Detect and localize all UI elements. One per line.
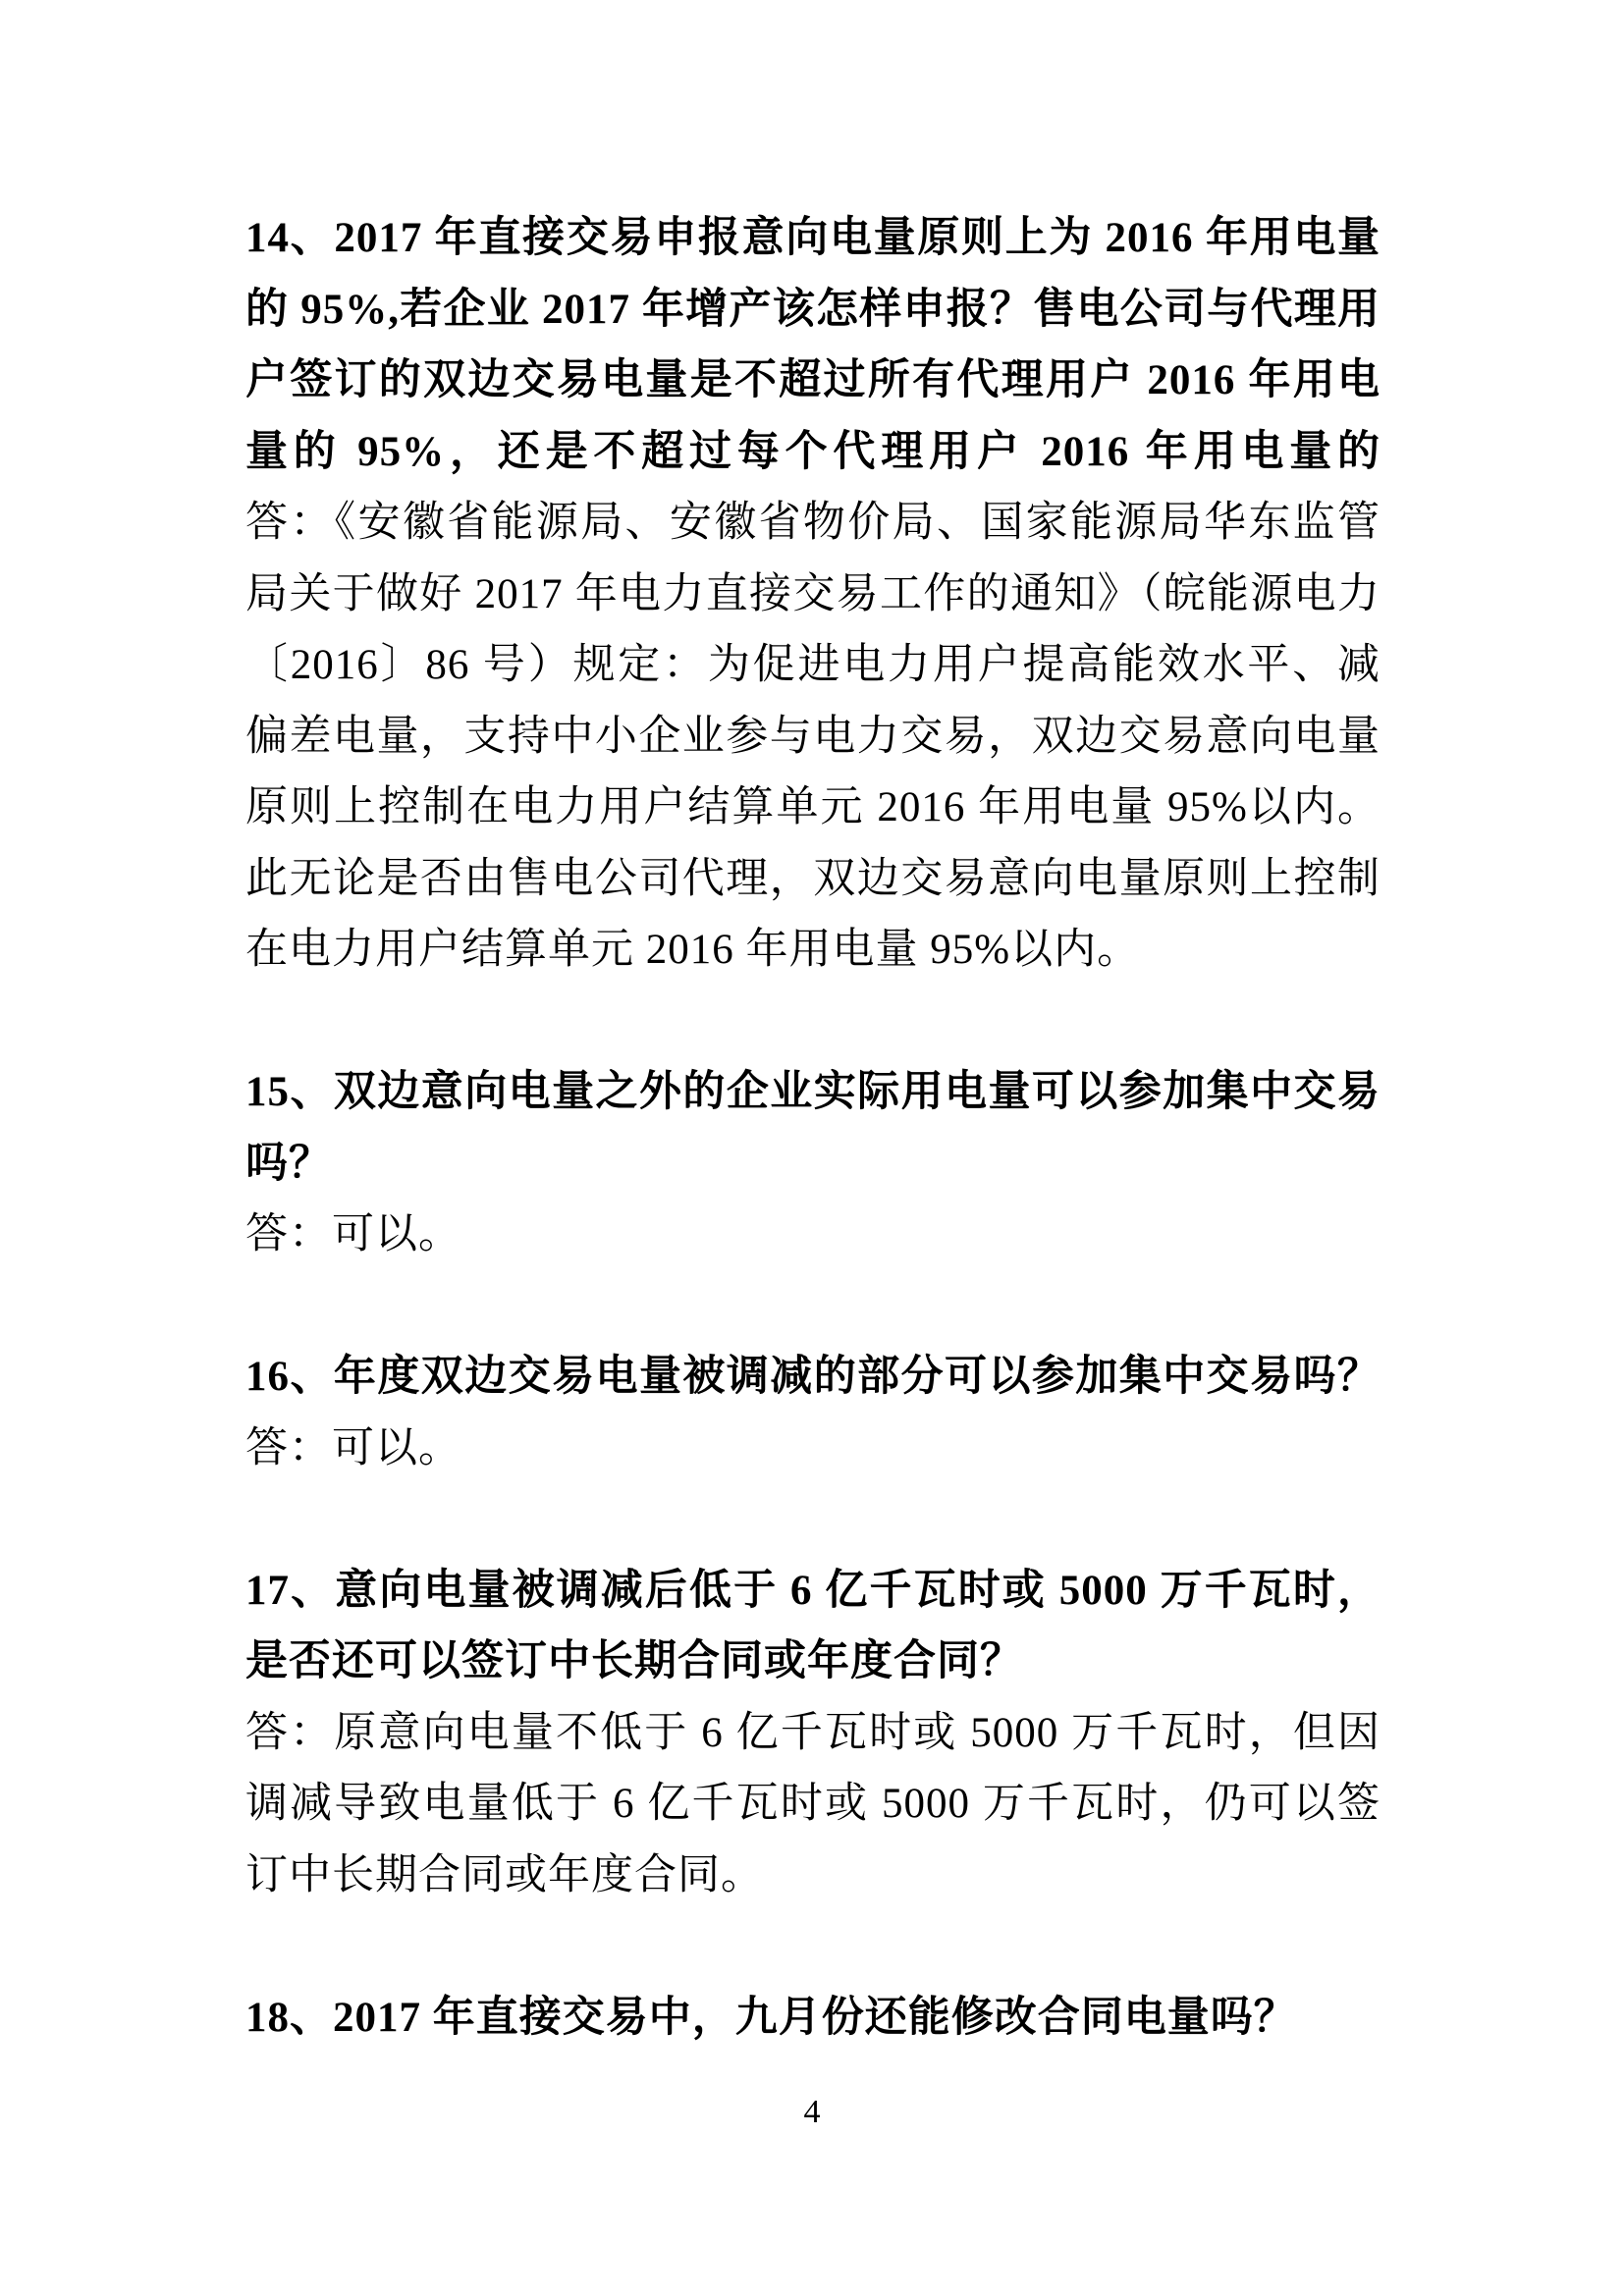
answer-text-line: 在电力用户结算单元 2016 年用电量 95%以内。 xyxy=(245,915,1380,987)
answer-text-line: 答：原意向电量不低于 6 亿千瓦时或 5000 万千瓦时，但因 xyxy=(245,1698,1380,1770)
question-heading: 18、2017 年直接交易中，九月份还能修改合同电量吗？ xyxy=(245,1983,1380,2055)
question-text-line: 是否还可以签订中长期合同或年度合同？ xyxy=(245,1627,1380,1698)
answer-text-line: 〔2016〕86 号）规定：为促进电力用户提高能效水平、减少 xyxy=(245,630,1380,702)
qa-section-16: 16、年度双边交易电量被调减的部分可以参加集中交易吗？ 答：可以。 xyxy=(245,1342,1380,1484)
question-text-line: 吗？ xyxy=(245,1129,1380,1201)
answer-text-line: 答：可以。 xyxy=(245,1200,1380,1271)
question-text-line: 户签订的双边交易电量是不超过所有代理用户 2016 年用电 xyxy=(245,346,1380,417)
question-text-line: 14、2017 年直接交易申报意向电量原则上为 2016 年用电量 xyxy=(245,203,1380,275)
question-heading: 16、年度双边交易电量被调减的部分可以参加集中交易吗？ xyxy=(245,1342,1380,1414)
answer-paragraph: 答：可以。 xyxy=(245,1414,1380,1485)
answer-text-line: 原则上控制在电力用户结算单元 2016 年用电量 95%以内。因 xyxy=(245,773,1380,844)
question-heading: 15、双边意向电量之外的企业实际用电量可以参加集中交易 吗？ xyxy=(245,1057,1380,1200)
answer-paragraph: 答：《安徽省能源局、安徽省物价局、国家能源局华东监管 局关于做好 2017 年电… xyxy=(245,488,1380,987)
qa-section-18: 18、2017 年直接交易中，九月份还能修改合同电量吗？ xyxy=(245,1983,1380,2055)
answer-text-line: 此无论是否由售电公司代理，双边交易意向电量原则上控制 xyxy=(245,844,1380,916)
answer-text-line: 答：《安徽省能源局、安徽省物价局、国家能源局华东监管 xyxy=(245,488,1380,560)
answer-text-line: 答：可以。 xyxy=(245,1414,1380,1485)
answer-text-line: 局关于做好 2017 年电力直接交易工作的通知》（皖能源电力 xyxy=(245,560,1380,631)
page-number: 4 xyxy=(0,2093,1624,2132)
qa-section-14: 14、2017 年直接交易申报意向电量原则上为 2016 年用电量 的 95%,… xyxy=(245,203,1380,987)
question-text-line: 量的 95%，还是不超过每个代理用户 2016 年用电量的 95%? xyxy=(245,417,1380,489)
qa-section-15: 15、双边意向电量之外的企业实际用电量可以参加集中交易 吗？ 答：可以。 xyxy=(245,1057,1380,1271)
answer-paragraph: 答：原意向电量不低于 6 亿千瓦时或 5000 万千瓦时，但因 调减导致电量低于… xyxy=(245,1698,1380,1912)
question-text-line: 15、双边意向电量之外的企业实际用电量可以参加集中交易 xyxy=(245,1057,1380,1129)
question-text-line: 16、年度双边交易电量被调减的部分可以参加集中交易吗？ xyxy=(245,1342,1380,1414)
answer-text-line: 订中长期合同或年度合同。 xyxy=(245,1841,1380,1912)
question-heading: 14、2017 年直接交易申报意向电量原则上为 2016 年用电量 的 95%,… xyxy=(245,203,1380,488)
qa-section-17: 17、意向电量被调减后低于 6 亿千瓦时或 5000 万千瓦时， 是否还可以签订… xyxy=(245,1556,1380,1912)
question-text-line: 18、2017 年直接交易中，九月份还能修改合同电量吗？ xyxy=(245,1983,1380,2055)
document-page: 14、2017 年直接交易申报意向电量原则上为 2016 年用电量 的 95%,… xyxy=(0,0,1624,2296)
answer-paragraph: 答：可以。 xyxy=(245,1200,1380,1271)
answer-text-line: 偏差电量，支持中小企业参与电力交易，双边交易意向电量 xyxy=(245,702,1380,774)
question-text-line: 的 95%,若企业 2017 年增产该怎样申报？售电公司与代理用 xyxy=(245,275,1380,347)
answer-text-line: 调减导致电量低于 6 亿千瓦时或 5000 万千瓦时，仍可以签 xyxy=(245,1769,1380,1841)
question-text-line: 17、意向电量被调减后低于 6 亿千瓦时或 5000 万千瓦时， xyxy=(245,1556,1380,1628)
document-body: 14、2017 年直接交易申报意向电量原则上为 2016 年用电量 的 95%,… xyxy=(245,203,1380,2054)
question-heading: 17、意向电量被调减后低于 6 亿千瓦时或 5000 万千瓦时， 是否还可以签订… xyxy=(245,1556,1380,1698)
